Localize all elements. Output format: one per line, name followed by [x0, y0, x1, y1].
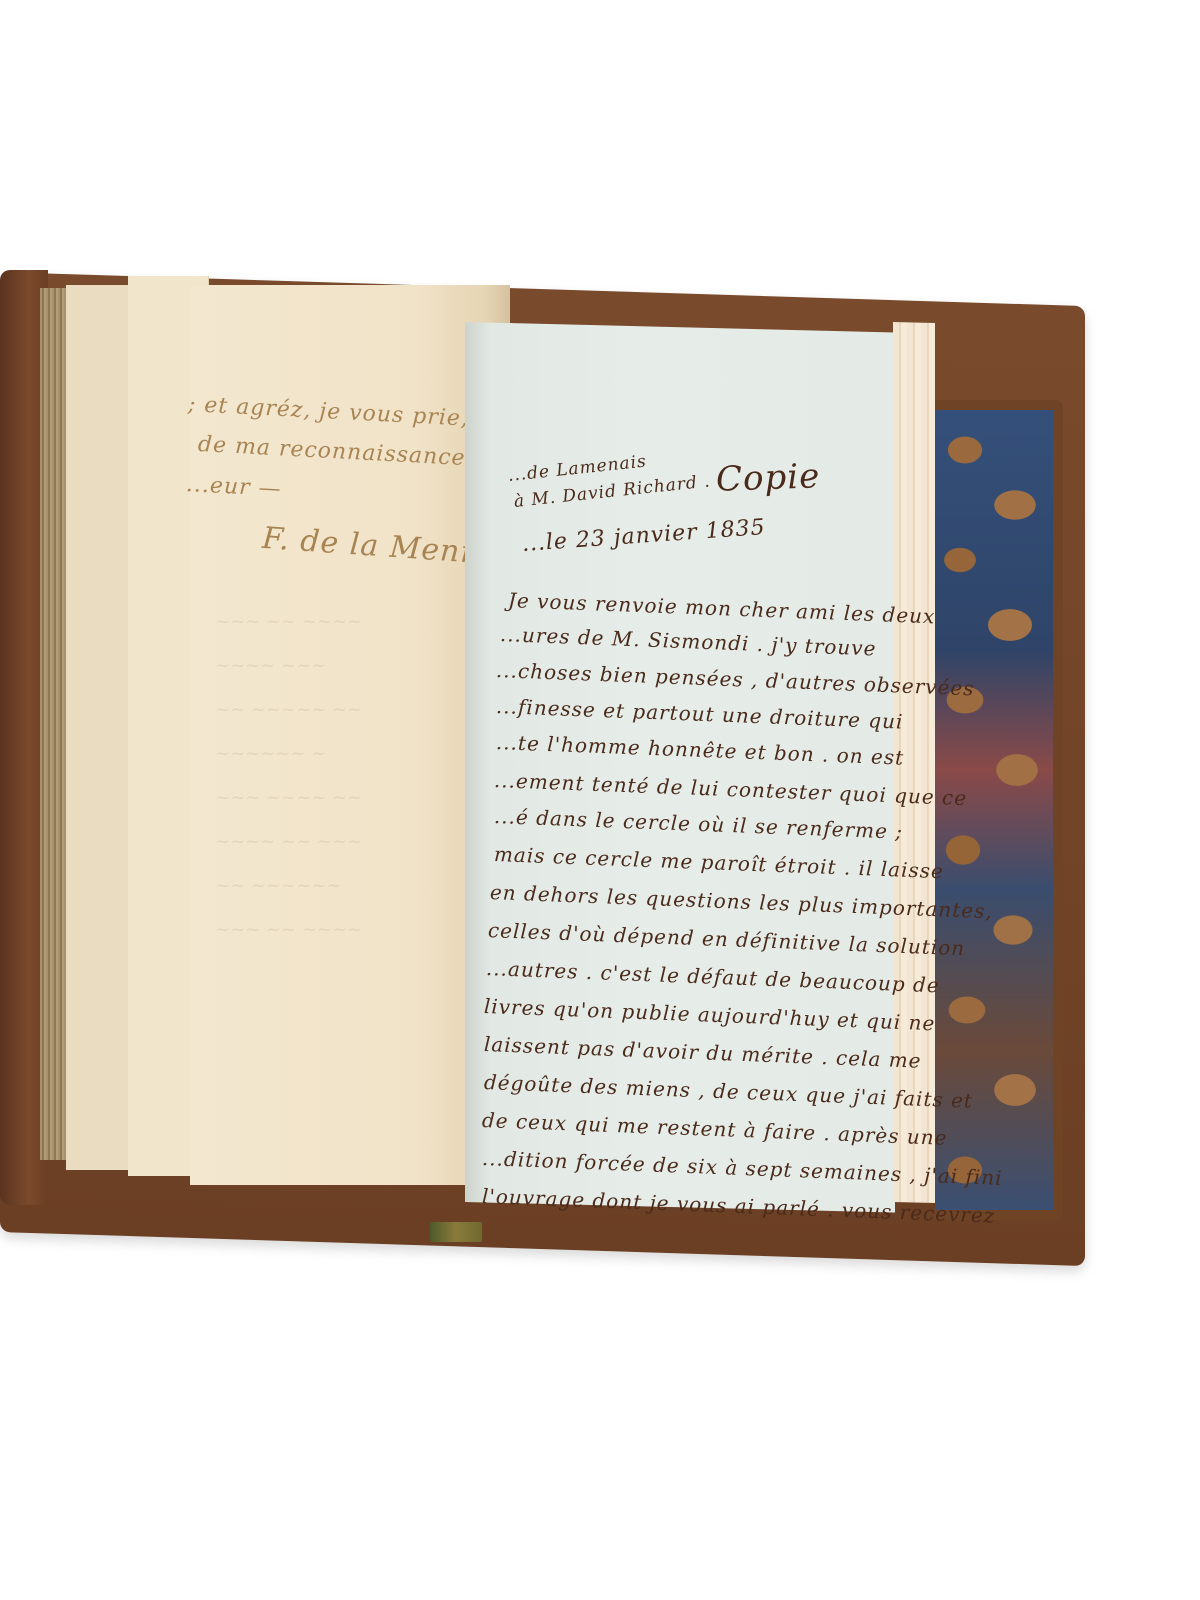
photo-scene: ~~~ ~~ ~~~~~~~~ ~~~~~ ~~~~~ ~~~~~~~~ ~~~…: [0, 0, 1200, 1600]
spine-headband: [430, 1222, 482, 1242]
bleed-through-texture: ~~~ ~~ ~~~~~~~~ ~~~~~ ~~~~~ ~~~~~~~~ ~~~…: [215, 600, 465, 1000]
left-page-line: ...eur —: [185, 472, 282, 502]
copie-label: Copie: [715, 456, 821, 500]
page-block-fore-edge: [40, 288, 68, 1160]
